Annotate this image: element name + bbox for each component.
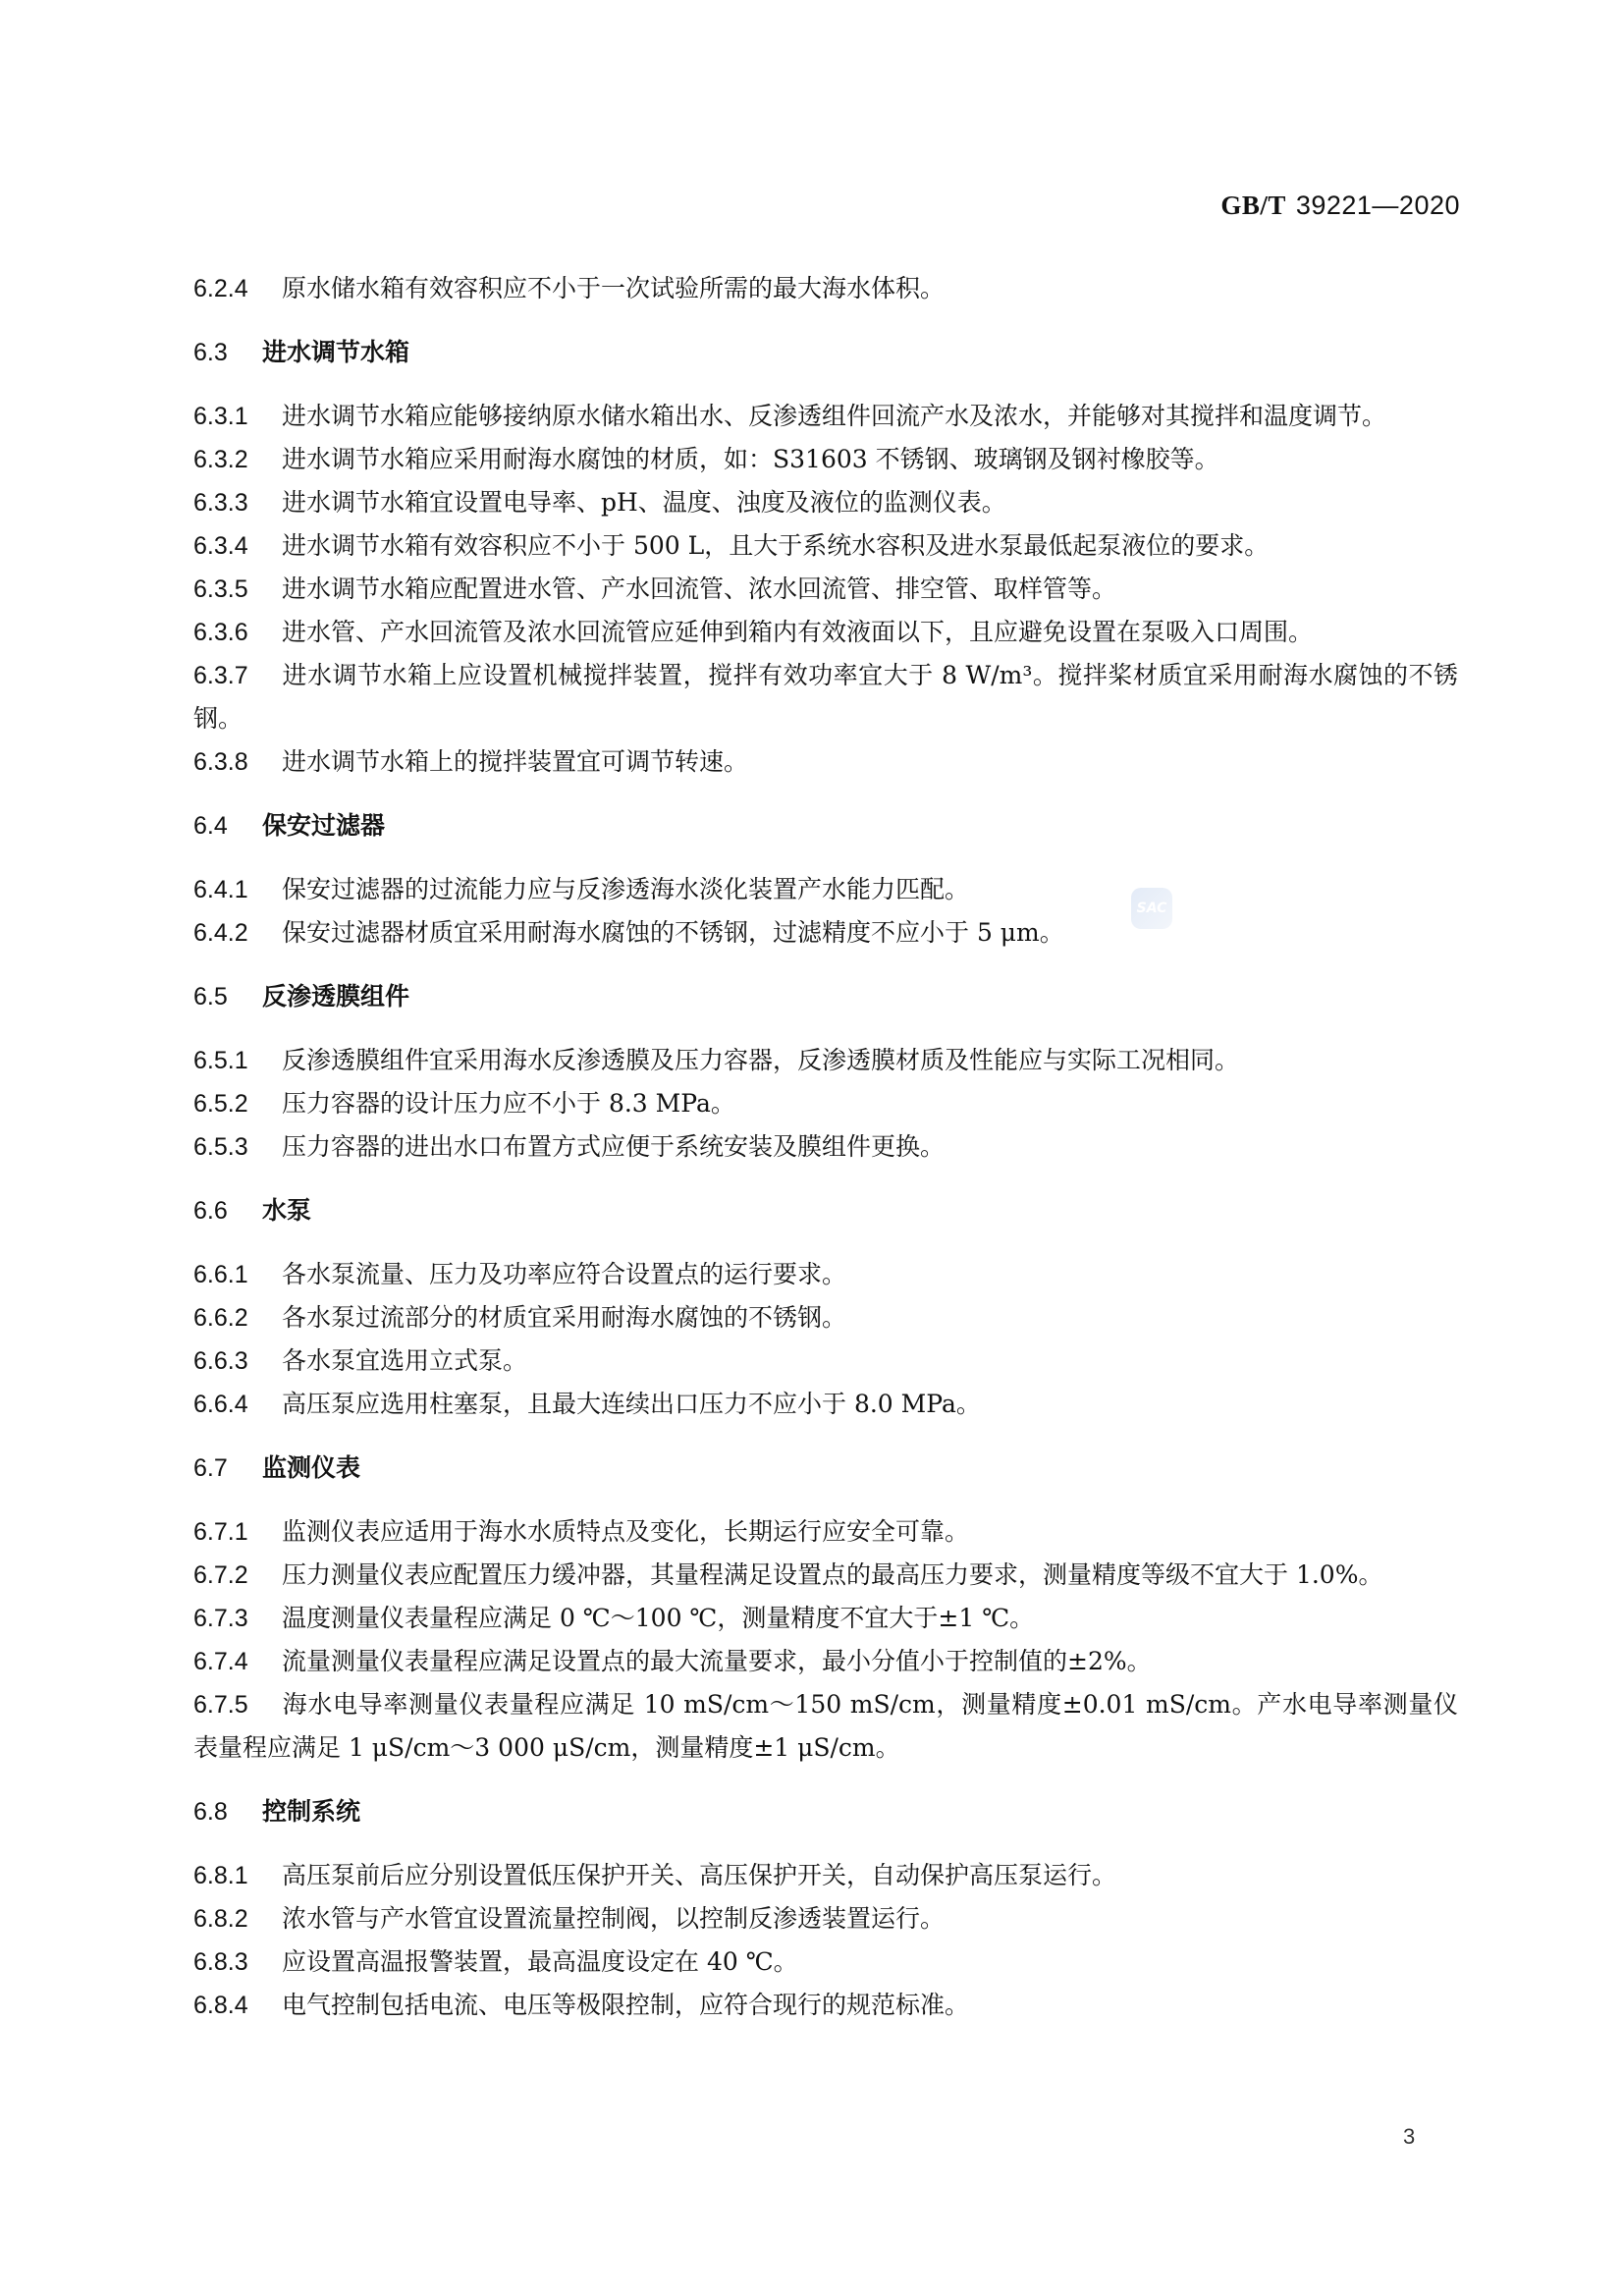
section-title: 进水调节水箱 bbox=[262, 338, 409, 366]
section-heading-6-4: 6.4保安过滤器 bbox=[193, 804, 1458, 847]
clause-number: 6.8.2 bbox=[193, 1897, 282, 1941]
clause-text: 进水管、产水回流管及浓水回流管应延伸到箱内有效液面以下，且应避免设置在泵吸入口周… bbox=[282, 618, 1313, 646]
clause-text: 进水调节水箱应能够接纳原水储水箱出水、反渗透组件回流产水及浓水，并能够对其搅拌和… bbox=[282, 402, 1386, 430]
section-heading-6-8: 6.8控制系统 bbox=[193, 1790, 1458, 1833]
clause-6-8-3: 6.8.3应设置高温报警装置，最高温度设定在 40 ℃。 bbox=[193, 1941, 1458, 1984]
clause-text: 压力容器的进出水口布置方式应便于系统安装及膜组件更换。 bbox=[282, 1132, 945, 1161]
clause-6-8-2: 6.8.2浓水管与产水管宜设置流量控制阀，以控制反渗透装置运行。 bbox=[193, 1897, 1458, 1941]
clause-number: 6.4.1 bbox=[193, 868, 282, 911]
clause-text: 压力测量仪表应配置压力缓冲器，其量程满足设置点的最高压力要求，测量精度等级不宜大… bbox=[282, 1560, 1382, 1589]
clause-number: 6.7.2 bbox=[193, 1554, 282, 1597]
clause-text: 进水调节水箱应采用耐海水腐蚀的材质，如：S31603 不锈钢、玻璃钢及钢衬橡胶等… bbox=[282, 445, 1219, 473]
clause-number: 6.7.3 bbox=[193, 1597, 282, 1640]
section-title: 监测仪表 bbox=[262, 1453, 360, 1482]
clause-number: 6.2.4 bbox=[193, 267, 282, 310]
clause-number: 6.6.2 bbox=[193, 1296, 282, 1339]
clause-text: 各水泵流量、压力及功率应符合设置点的运行要求。 bbox=[282, 1260, 846, 1288]
clause-text: 进水调节水箱上应设置机械搅拌装置，搅拌有效功率宜大于 8 W/m³。搅拌桨材质宜… bbox=[193, 661, 1458, 733]
clause-text: 应设置高温报警装置，最高温度设定在 40 ℃。 bbox=[282, 1947, 798, 1976]
clause-text: 各水泵过流部分的材质宜采用耐海水腐蚀的不锈钢。 bbox=[282, 1303, 846, 1332]
clause-6-3-8: 6.3.8进水调节水箱上的搅拌装置宜可调节转速。 bbox=[193, 740, 1458, 784]
clause-6-7-3: 6.7.3温度测量仪表量程应满足 0 ℃～100 ℃，测量精度不宜大于±1 ℃。 bbox=[193, 1597, 1458, 1640]
section-title: 反渗透膜组件 bbox=[262, 982, 409, 1011]
clause-number: 6.3.2 bbox=[193, 438, 282, 481]
clause-text: 进水调节水箱宜设置电导率、pH、温度、浊度及液位的监测仪表。 bbox=[282, 488, 1006, 517]
clause-6-5-2: 6.5.2压力容器的设计压力应不小于 8.3 MPa。 bbox=[193, 1082, 1458, 1125]
clause-6-3-5: 6.3.5进水调节水箱应配置进水管、产水回流管、浓水回流管、排空管、取样管等。 bbox=[193, 568, 1458, 611]
clause-6-7-2: 6.7.2压力测量仪表应配置压力缓冲器，其量程满足设置点的最高压力要求，测量精度… bbox=[193, 1554, 1458, 1597]
clause-number: 6.5.1 bbox=[193, 1039, 282, 1082]
clause-6-3-2: 6.3.2进水调节水箱应采用耐海水腐蚀的材质，如：S31603 不锈钢、玻璃钢及… bbox=[193, 438, 1458, 481]
clause-text: 高压泵应选用柱塞泵，且最大连续出口压力不应小于 8.0 MPa。 bbox=[282, 1390, 981, 1418]
clause-number: 6.6.4 bbox=[193, 1383, 282, 1426]
clause-6-4-1: 6.4.1保安过滤器的过流能力应与反渗透海水淡化装置产水能力匹配。 bbox=[193, 868, 1458, 911]
clause-number: 6.3.4 bbox=[193, 524, 282, 568]
clause-number: 6.3.6 bbox=[193, 611, 282, 654]
section-number: 6.5 bbox=[193, 975, 262, 1018]
section-number: 6.6 bbox=[193, 1189, 262, 1232]
section-number: 6.3 bbox=[193, 331, 262, 374]
clause-number: 6.7.5 bbox=[193, 1683, 282, 1726]
section-heading-6-3: 6.3进水调节水箱 bbox=[193, 331, 1458, 374]
clause-6-4-2: 6.4.2保安过滤器材质宜采用耐海水腐蚀的不锈钢，过滤精度不应小于 5 μm。 bbox=[193, 911, 1458, 955]
clause-6-7-1: 6.7.1监测仪表应适用于海水水质特点及变化，长期运行应安全可靠。 bbox=[193, 1510, 1458, 1554]
sac-watermark-logo: SAC bbox=[1131, 888, 1172, 929]
clause-6-3-7: 6.3.7进水调节水箱上应设置机械搅拌装置，搅拌有效功率宜大于 8 W/m³。搅… bbox=[193, 654, 1458, 740]
section-number: 6.4 bbox=[193, 804, 262, 847]
clause-6-3-3: 6.3.3进水调节水箱宜设置电导率、pH、温度、浊度及液位的监测仪表。 bbox=[193, 481, 1458, 524]
clause-6-8-4: 6.8.4电气控制包括电流、电压等极限控制，应符合现行的规范标准。 bbox=[193, 1984, 1458, 2027]
section-title: 保安过滤器 bbox=[262, 811, 385, 840]
clause-6-5-1: 6.5.1反渗透膜组件宜采用海水反渗透膜及压力容器，反渗透膜材质及性能应与实际工… bbox=[193, 1039, 1458, 1082]
clause-text: 保安过滤器的过流能力应与反渗透海水淡化装置产水能力匹配。 bbox=[282, 875, 969, 903]
clause-number: 6.3.7 bbox=[193, 654, 282, 697]
clause-text: 浓水管与产水管宜设置流量控制阀，以控制反渗透装置运行。 bbox=[282, 1904, 945, 1933]
section-number: 6.7 bbox=[193, 1447, 262, 1490]
clause-text: 监测仪表应适用于海水水质特点及变化，长期运行应安全可靠。 bbox=[282, 1517, 969, 1546]
clause-number: 6.8.1 bbox=[193, 1854, 282, 1897]
page-number: 3 bbox=[1403, 2124, 1415, 2150]
clause-number: 6.5.2 bbox=[193, 1082, 282, 1125]
clause-text: 流量测量仪表量程应满足设置点的最大流量要求，最小分值小于控制值的±2%。 bbox=[282, 1647, 1152, 1675]
clause-6-6-1: 6.6.1各水泵流量、压力及功率应符合设置点的运行要求。 bbox=[193, 1253, 1458, 1296]
clause-number: 6.3.5 bbox=[193, 568, 282, 611]
clause-text: 进水调节水箱有效容积应不小于 500 L，且大于系统水容积及进水泵最低起泵液位的… bbox=[282, 531, 1269, 560]
clause-text: 高压泵前后应分别设置低压保护开关、高压保护开关，自动保护高压泵运行。 bbox=[282, 1861, 1116, 1889]
clause-6-5-3: 6.5.3压力容器的进出水口布置方式应便于系统安装及膜组件更换。 bbox=[193, 1125, 1458, 1169]
clause-number: 6.3.3 bbox=[193, 481, 282, 524]
standard-header: GB/T39221—2020 bbox=[1220, 191, 1460, 221]
watermark-text: SAC bbox=[1137, 901, 1167, 916]
clause-text: 进水调节水箱上的搅拌装置宜可调节转速。 bbox=[282, 747, 748, 776]
clause-6-7-5: 6.7.5海水电导率测量仪表量程应满足 10 mS/cm～150 mS/cm，测… bbox=[193, 1683, 1458, 1770]
clause-text: 保安过滤器材质宜采用耐海水腐蚀的不锈钢，过滤精度不应小于 5 μm。 bbox=[282, 918, 1064, 947]
clause-6-3-4: 6.3.4进水调节水箱有效容积应不小于 500 L，且大于系统水容积及进水泵最低… bbox=[193, 524, 1458, 568]
section-title: 控制系统 bbox=[262, 1797, 360, 1826]
section-heading-6-5: 6.5反渗透膜组件 bbox=[193, 975, 1458, 1018]
clause-number: 6.4.2 bbox=[193, 911, 282, 955]
clause-number: 6.7.1 bbox=[193, 1510, 282, 1554]
clause-number: 6.6.3 bbox=[193, 1339, 282, 1383]
section-heading-6-7: 6.7监测仪表 bbox=[193, 1447, 1458, 1490]
clause-text: 原水储水箱有效容积应不小于一次试验所需的最大海水体积。 bbox=[282, 274, 945, 302]
clause-6-2-4: 6.2.4原水储水箱有效容积应不小于一次试验所需的最大海水体积。 bbox=[193, 267, 1458, 310]
document-body: 6.2.4原水储水箱有效容积应不小于一次试验所需的最大海水体积。 6.3进水调节… bbox=[193, 267, 1458, 2027]
clause-6-3-6: 6.3.6进水管、产水回流管及浓水回流管应延伸到箱内有效液面以下，且应避免设置在… bbox=[193, 611, 1458, 654]
clause-text: 反渗透膜组件宜采用海水反渗透膜及压力容器，反渗透膜材质及性能应与实际工况相同。 bbox=[282, 1046, 1239, 1074]
clause-number: 6.3.1 bbox=[193, 395, 282, 438]
clause-6-6-4: 6.6.4高压泵应选用柱塞泵，且最大连续出口压力不应小于 8.0 MPa。 bbox=[193, 1383, 1458, 1426]
clause-6-7-4: 6.7.4流量测量仪表量程应满足设置点的最大流量要求，最小分值小于控制值的±2%… bbox=[193, 1640, 1458, 1683]
standard-prefix: GB/T bbox=[1220, 191, 1286, 220]
standard-number: 39221—2020 bbox=[1296, 191, 1460, 220]
clause-text: 各水泵宜选用立式泵。 bbox=[282, 1346, 527, 1375]
clause-text: 海水电导率测量仪表量程应满足 10 mS/cm～150 mS/cm，测量精度±0… bbox=[193, 1690, 1458, 1762]
clause-6-6-3: 6.6.3各水泵宜选用立式泵。 bbox=[193, 1339, 1458, 1383]
clause-number: 6.8.3 bbox=[193, 1941, 282, 1984]
clause-text: 电气控制包括电流、电压等极限控制，应符合现行的规范标准。 bbox=[282, 1991, 969, 2019]
section-heading-6-6: 6.6水泵 bbox=[193, 1189, 1458, 1232]
clause-text: 压力容器的设计压力应不小于 8.3 MPa。 bbox=[282, 1089, 735, 1118]
clause-6-8-1: 6.8.1高压泵前后应分别设置低压保护开关、高压保护开关，自动保护高压泵运行。 bbox=[193, 1854, 1458, 1897]
clause-6-3-1: 6.3.1进水调节水箱应能够接纳原水储水箱出水、反渗透组件回流产水及浓水，并能够… bbox=[193, 395, 1458, 438]
clause-number: 6.7.4 bbox=[193, 1640, 282, 1683]
clause-number: 6.3.8 bbox=[193, 740, 282, 784]
clause-number: 6.8.4 bbox=[193, 1984, 282, 2027]
clause-text: 温度测量仪表量程应满足 0 ℃～100 ℃，测量精度不宜大于±1 ℃。 bbox=[282, 1604, 1034, 1632]
clause-text: 进水调节水箱应配置进水管、产水回流管、浓水回流管、排空管、取样管等。 bbox=[282, 574, 1116, 603]
section-title: 水泵 bbox=[262, 1196, 311, 1225]
section-number: 6.8 bbox=[193, 1790, 262, 1833]
clause-number: 6.5.3 bbox=[193, 1125, 282, 1169]
clause-number: 6.6.1 bbox=[193, 1253, 282, 1296]
clause-6-6-2: 6.6.2各水泵过流部分的材质宜采用耐海水腐蚀的不锈钢。 bbox=[193, 1296, 1458, 1339]
